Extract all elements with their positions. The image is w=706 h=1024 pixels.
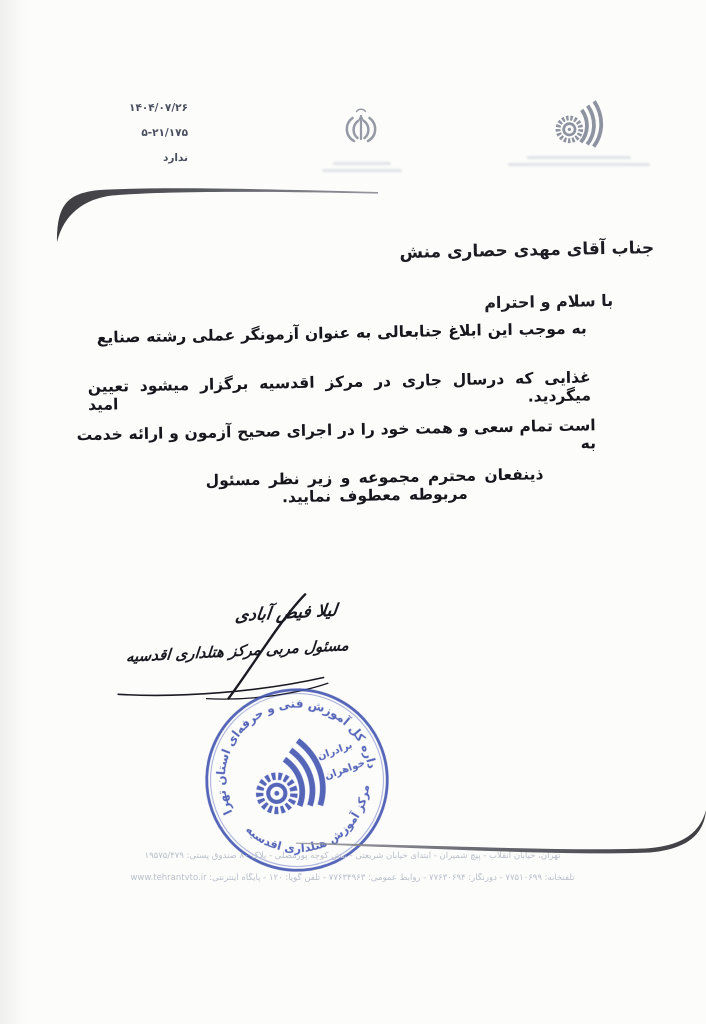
top-left-curl [57,188,378,242]
footer-address-line: تهران، خیابان انقلاب - پیچ شمیران - ابتد… [30,851,675,861]
tvto-logo-icon [549,98,607,152]
caption-line [527,156,631,159]
body-line-3: است تمام سعی و همت خود را در اجرای صحیح … [77,416,596,454]
iran-emblem-icon [336,106,386,156]
letter-number: ۵-۲۱/۱۷۵ [92,121,188,146]
caption-line [322,169,402,172]
letter-body: جناب آقای مهدی حصاری منش با سلام و احترا… [58,238,665,510]
caption-line [508,163,650,166]
letter-greeting: با سلام و احترام [484,291,613,312]
scan-edge-shading [0,0,26,1024]
letter-salutation: جناب آقای مهدی حصاری منش [399,238,654,263]
letter-date: ۱۴۰۴/۰۷/۲۶ [92,96,188,121]
center-logo-caption [320,158,404,172]
scanned-letter-page: ۱۴۰۴/۰۷/۲۶ ۵-۲۱/۱۷۵ ندارد جناب آقای مهدی… [0,0,706,1024]
stamp-tvto-logo-icon [246,737,331,824]
caption-line [333,162,391,165]
letter-header-meta: ۱۴۰۴/۰۷/۲۶ ۵-۲۱/۱۷۵ ندارد [92,96,188,171]
right-logo-caption [505,152,653,166]
stamp-word-brothers: برادران [316,740,354,763]
body-line-4: ذینفعان محترم مجموعه و زیر نظر مسئول مرب… [189,465,559,500]
footer-contact-line: تلفنخانه: ۷۷۵۱۰۶۹۹ - دورنگار: ۷۷۶۳۰۶۹۴ -… [30,873,675,883]
body-line-2: غذایی که درسال جاری در مرکز اقدسیه برگزا… [88,368,591,406]
stamp-word-sisters: خواهران [323,758,366,783]
letter-attachment: ندارد [92,146,188,171]
body-line-1: به موجب این ابلاغ جنابعالی به عنوان آزمو… [97,319,587,356]
